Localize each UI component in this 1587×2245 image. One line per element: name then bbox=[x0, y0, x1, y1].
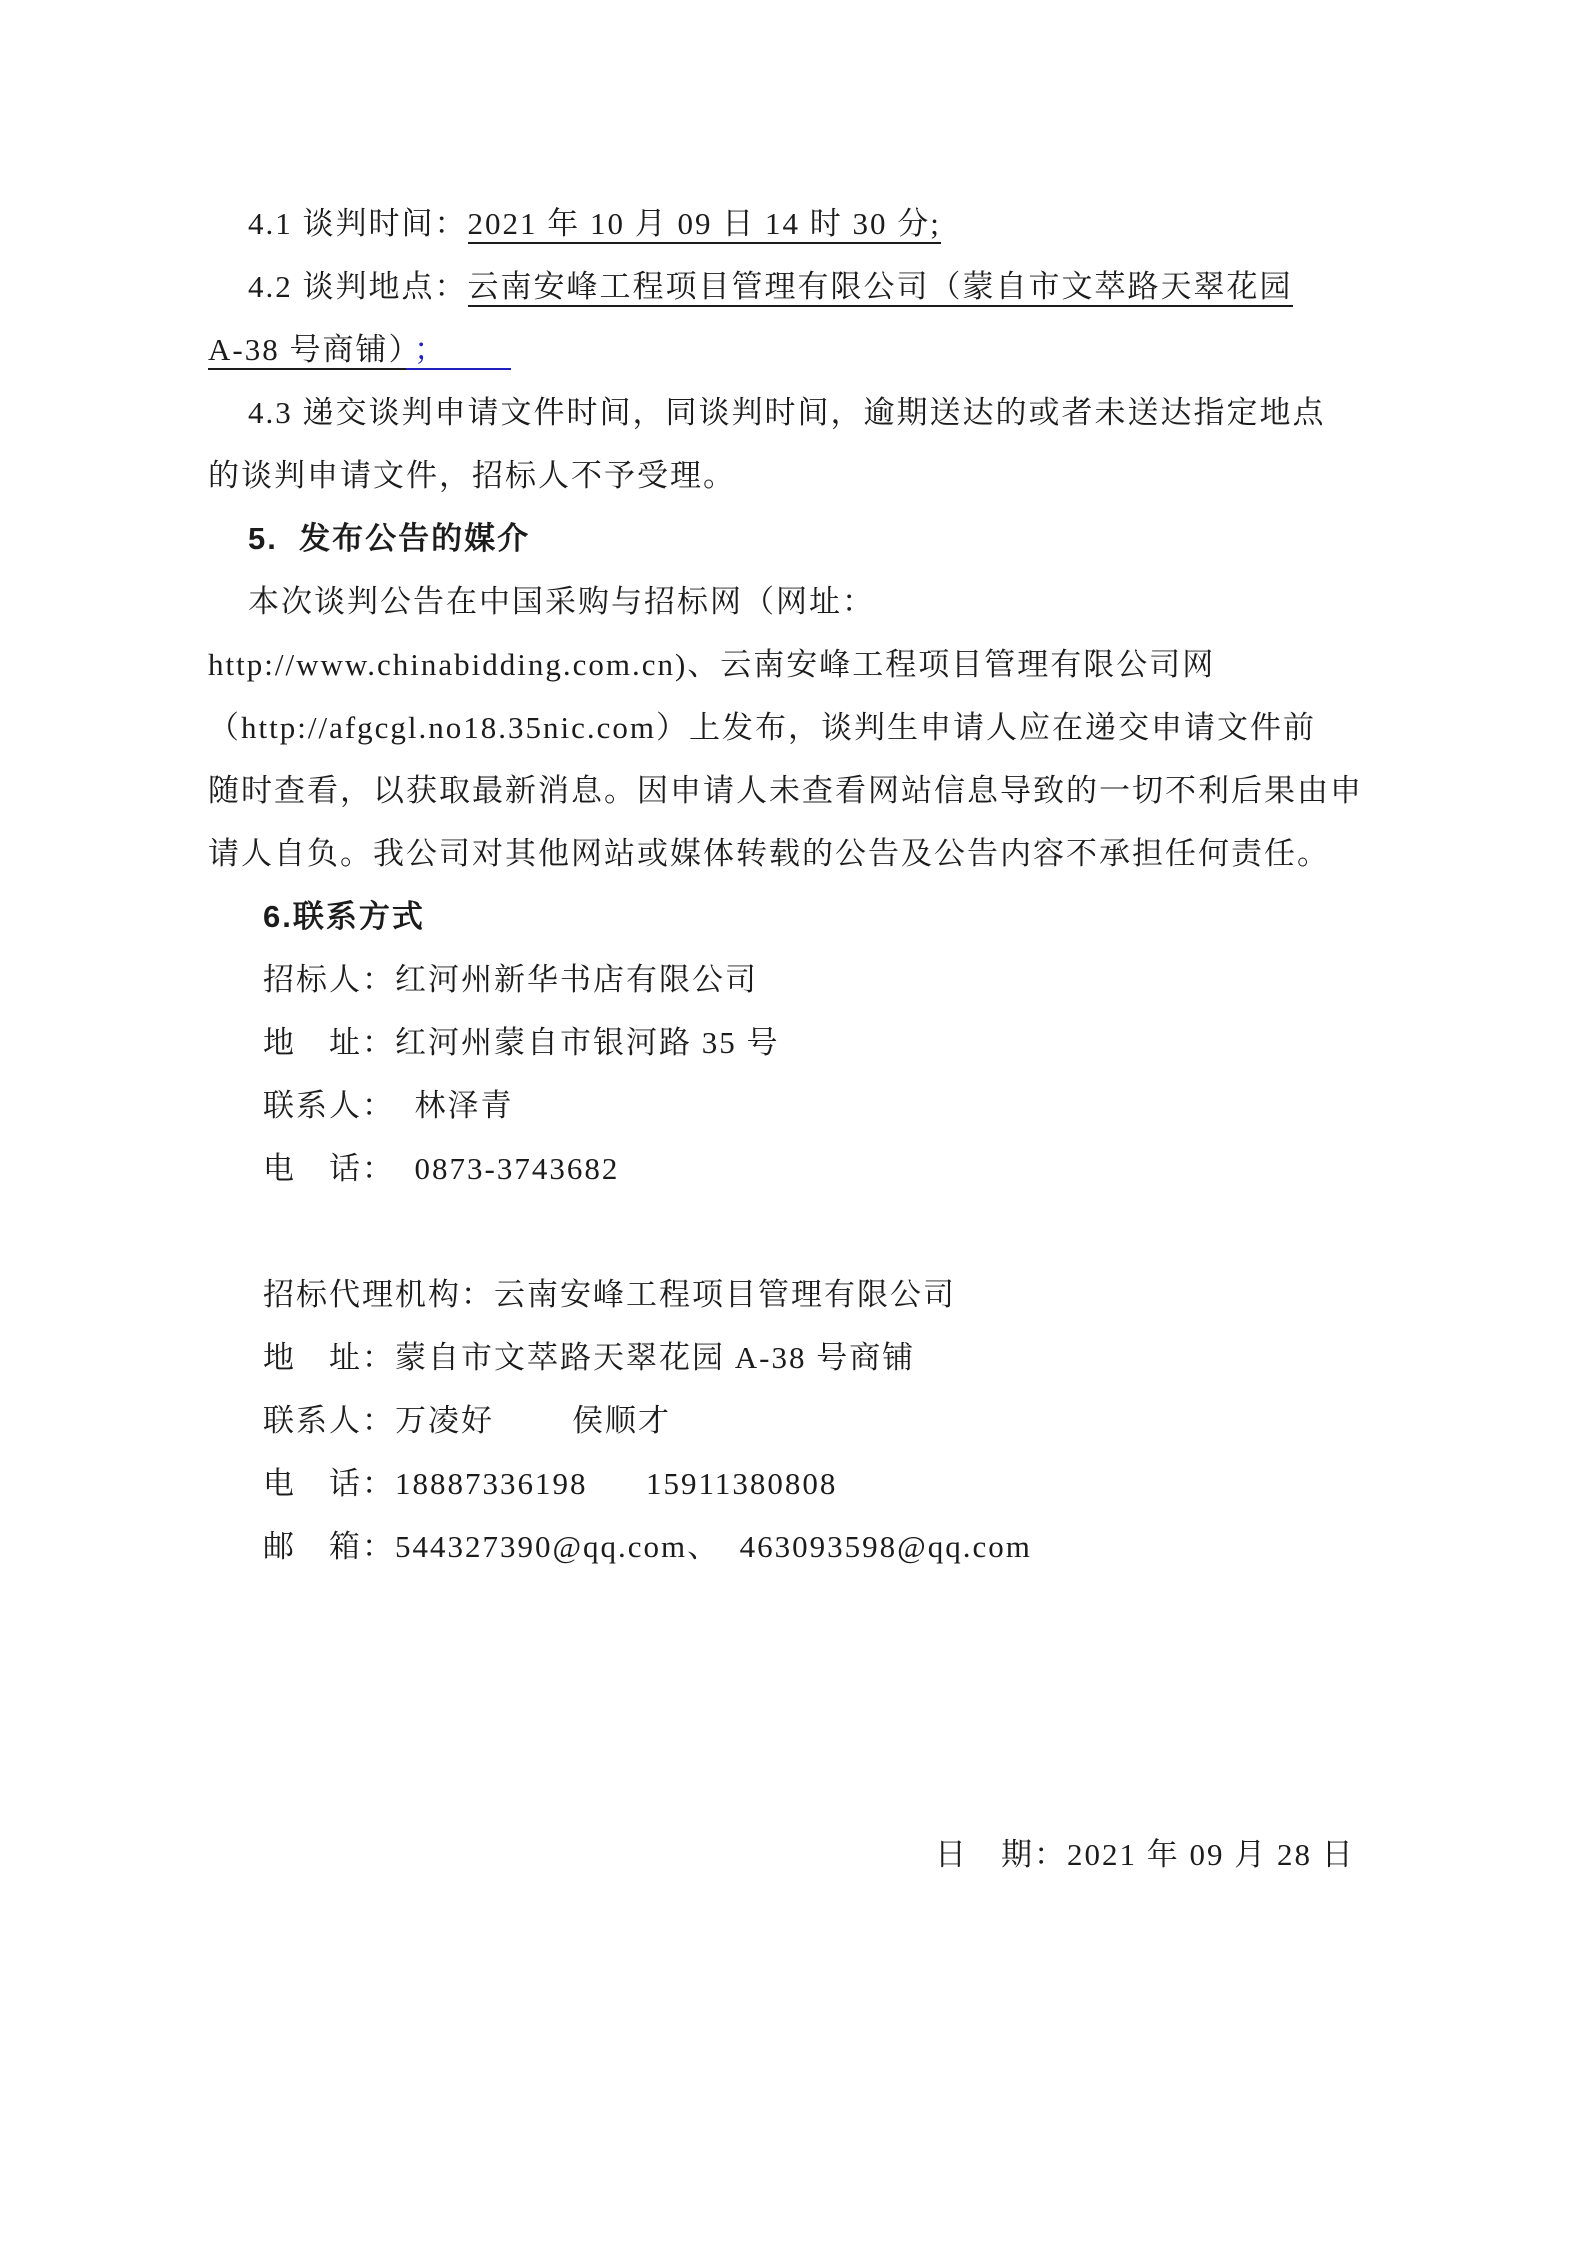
section-5-paragraph-line5: 请人自负。我公司对其他网站或媒体转载的公告及公告内容不承担任何责任。 bbox=[208, 822, 1437, 885]
agency-contact: 联系人：万凌好 侯顺才 bbox=[208, 1389, 1437, 1452]
clause-4-2: 4.2 谈判地点：云南安峰工程项目管理有限公司（蒙自市文萃路天翠花园 bbox=[208, 255, 1437, 318]
document-date: 日 期：2021 年 09 月 28 日 bbox=[208, 1823, 1437, 1886]
tenderer-phone: 电 话： 0873-3743682 bbox=[208, 1137, 1437, 1200]
section-5-paragraph-line1: 本次谈判公告在中国采购与招标网（网址： bbox=[208, 570, 1437, 633]
clause-4-1: 4.1 谈判时间：2021 年 10 月 09 日 14 时 30 分; bbox=[208, 192, 1437, 255]
section-5-paragraph-line4: 随时查看，以获取最新消息。因申请人未查看网站信息导致的一切不利后果由申 bbox=[208, 759, 1437, 822]
clause-4-2-label: 4.2 谈判地点： bbox=[248, 269, 468, 304]
section-5-paragraph-line3: （http://afgcgl.no18.35nic.com）上发布，谈判生申请人… bbox=[208, 696, 1437, 759]
tenderer-address: 地 址：红河州蒙自市银河路 35 号 bbox=[208, 1011, 1437, 1074]
clause-4-2-continuation: A-38 号商铺）； bbox=[208, 318, 1437, 381]
negotiation-place-value-line2: A-38 号商铺） bbox=[208, 332, 406, 370]
clause-4-3-line1: 4.3 递交谈判申请文件时间，同谈判时间，逾期送达的或者未送达指定地点 bbox=[208, 381, 1437, 444]
agency-address: 地 址：蒙自市文萃路天翠花园 A-38 号商铺 bbox=[208, 1326, 1437, 1389]
section-5-heading: 5. 发布公告的媒介 bbox=[208, 507, 1437, 570]
clause-4-1-label: 4.1 谈判时间： bbox=[248, 206, 468, 241]
section-6-heading: 6.联系方式 bbox=[208, 885, 1437, 948]
section-5-paragraph-line2: http://www.chinabidding.com.cn)、云南安峰工程项目… bbox=[208, 633, 1437, 696]
tenderer-contact: 联系人： 林泽青 bbox=[208, 1074, 1437, 1137]
agency-name: 招标代理机构：云南安峰工程项目管理有限公司 bbox=[208, 1263, 1437, 1326]
negotiation-place-value-line1: 云南安峰工程项目管理有限公司（蒙自市文萃路天翠花园 bbox=[468, 269, 1293, 307]
agency-email: 邮 箱：544327390@qq.com、 463093598@qq.com bbox=[208, 1515, 1437, 1578]
agency-phone: 电 话：18887336198 15911380808 bbox=[208, 1452, 1437, 1515]
document-page: 4.1 谈判时间：2021 年 10 月 09 日 14 时 30 分; 4.2… bbox=[0, 0, 1587, 2245]
tenderer-name: 招标人：红河州新华书店有限公司 bbox=[208, 948, 1437, 1011]
negotiation-time-value: 2021 年 10 月 09 日 14 时 30 分; bbox=[468, 206, 941, 244]
clause-4-3-line2: 的谈判申请文件，招标人不予受理。 bbox=[208, 444, 1437, 507]
blue-semicolon: ； bbox=[406, 332, 511, 370]
